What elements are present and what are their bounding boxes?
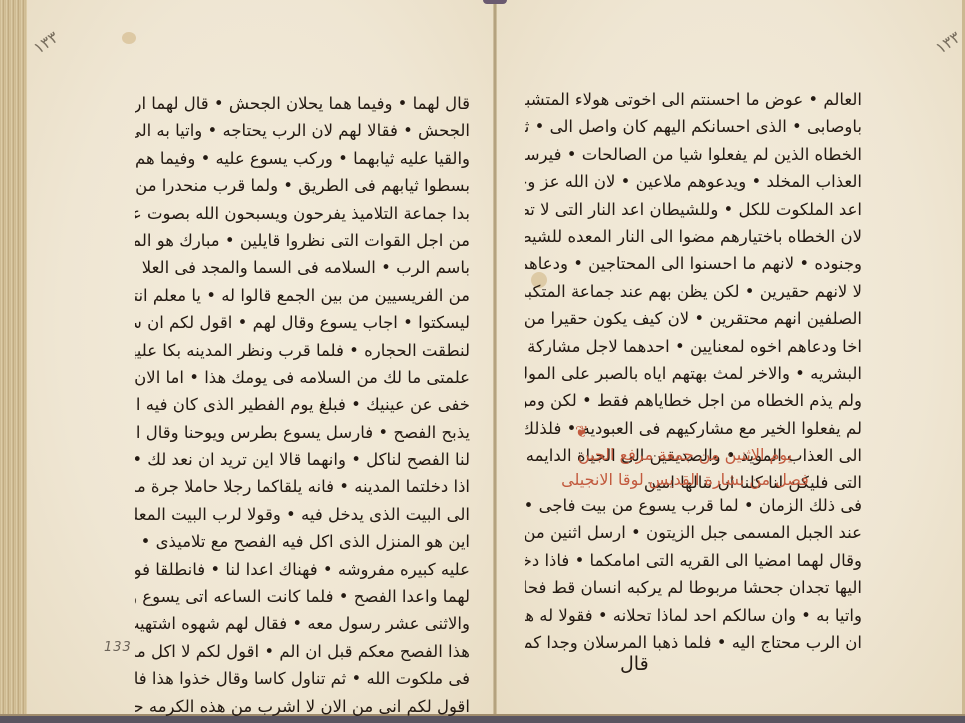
text-line: اين هو المنزل الذى اكل فيه الفصح مع تلام… — [135, 528, 470, 555]
text-line: اعد الملكوت للكل • وللشيطان اعد النار ال… — [525, 196, 862, 223]
ornament-icon: ❦ — [575, 422, 588, 441]
rubric-line-gospel: فصل من بشارة القديس لوقا الانجيلى — [555, 467, 815, 492]
text-line: اليها تجدان جحشا مربوطا لم يركبه انسان ق… — [525, 574, 862, 601]
text-line: من اجل القوات التى نظروا قايلين • مبارك … — [135, 227, 470, 254]
text-line: الخطاه الذين لم يفعلوا شيا من الصالحات •… — [525, 141, 862, 168]
text-line: علمتى ما لك من السلامه فى يومك هذا • اما… — [135, 364, 470, 391]
text-line: لنطقت الحجاره • فلما قرب ونظر المدينه بك… — [135, 337, 470, 364]
text-line: اذا دخلتما المدينه • فانه يلقاكما رجلا ح… — [135, 473, 470, 500]
text-line: لا لانهم حقيرين • لكن يظن بهم عند جماعة … — [525, 278, 862, 305]
text-line: البشريه • والاخر لمث بهتهم اياه بالصبر ع… — [525, 360, 862, 387]
text-line: لان الخطاه باختيارهم مضوا الى النار المع… — [525, 223, 862, 250]
text-line: ولم يذم الخطاه من اجل خطاياهم فقط • لكن … — [525, 387, 862, 414]
open-manuscript: ١٣٣ ١٣٣ 133 قال لهما • وفيما هما يحلان ا… — [0, 0, 965, 716]
text-line: واتيا به • وان سالكم احد لماذا تحلانه • … — [525, 602, 862, 629]
text-line: قال لهما • وفيما هما يحلان الجحش • قال ل… — [135, 90, 470, 117]
text-line: الجحش • فقالا لهم لان الرب يحتاجه • واتي… — [135, 117, 470, 144]
text-line: وجنوده • لانهم ما احسنوا الى المحتاجين •… — [525, 250, 862, 277]
text-line: وقال لهما امضيا الى القريه التى امامكما … — [525, 547, 862, 574]
text-line: والقيا عليه ثيابهما • وركب يسوع عليه • و… — [135, 145, 470, 172]
binding-thread — [483, 0, 507, 4]
text-line: اقول لكم انى من الان لا اشرب من هذه الكر… — [135, 693, 470, 720]
text-line: عليه كبيره مفروشه • فهناك اعدا لنا • فان… — [135, 556, 470, 583]
right-page-text-after-rubric: فى ذلك الزمان • لما قرب يسوع من بيت فاجى… — [525, 492, 862, 656]
text-line: لنا الفصح لناكل • وانهما قالا اين تريد ا… — [135, 446, 470, 473]
text-line: اخا ودعاهم اخوه لمعنايين • احدهما لاجل م… — [525, 333, 862, 360]
text-line: باسم الرب • السلامه فى السما والمجد فى ا… — [135, 254, 470, 281]
text-line: يذبح الفصح • فارسل يسوع بطرس ويوحنا وقال… — [135, 419, 470, 446]
text-line: ان الرب محتاج اليه • فلما ذهبا المرسلان … — [525, 629, 862, 656]
text-line: من الفريسيين من بين الجمع قالوا له • يا … — [135, 282, 470, 309]
text-line: العذاب المخلد • ويدعوهم ملاعين • لان الل… — [525, 168, 862, 195]
rubric-heading: يوم الاثنين من جمعة مرفع الجبن فصل من بش… — [555, 442, 815, 492]
page-number: 133 — [104, 640, 132, 655]
text-line: لهما واعدا الفصح • فلما كانت الساعه اتى … — [135, 583, 470, 610]
text-line: الصلفين انهم محتقرين • لان كيف يكون حقير… — [525, 305, 862, 332]
text-line: فى ملكوت الله • ثم تناول كاسا وقال خذوا … — [135, 665, 470, 692]
catchword: قال — [620, 653, 649, 675]
text-line: بسطوا ثيابهم فى الطريق • ولما قرب منحدرا… — [135, 172, 470, 199]
rubric-line-day: يوم الاثنين من جمعة مرفع الجبن — [555, 442, 815, 467]
text-line: والاثنى عشر رسول معه • فقال لهم شهوه اشت… — [135, 610, 470, 637]
text-line: خفى عن عينيك • فبلغ يوم الفطير الذى كان … — [135, 391, 470, 418]
text-line: العالم • عوض ما احسنتم الى اخوتى هولاء ا… — [525, 86, 862, 113]
page-edges — [0, 0, 27, 716]
ink-stain — [122, 32, 136, 44]
text-line: ليسكتوا • اجاب يسوع وقال لهم • اقول لكم … — [135, 309, 470, 336]
text-line: باوصابى • الذى احسانكم اليهم كان واصل ال… — [525, 113, 862, 140]
text-line: هذا الفصح معكم قبل ان الم • اقول لكم لا … — [135, 638, 470, 665]
gutter — [493, 0, 497, 716]
text-line: بدا جماعة التلاميذ يفرحون ويسبحون الله ب… — [135, 200, 470, 227]
text-line: عند الجبل المسمى جبل الزيتون • ارسل اثني… — [525, 519, 862, 546]
text-line: فى ذلك الزمان • لما قرب يسوع من بيت فاجى… — [525, 492, 862, 519]
text-line: الى البيت الذى يدخل فيه • وقولا لرب البي… — [135, 501, 470, 528]
left-page-text: قال لهما • وفيما هما يحلان الجحش • قال ل… — [135, 90, 470, 720]
